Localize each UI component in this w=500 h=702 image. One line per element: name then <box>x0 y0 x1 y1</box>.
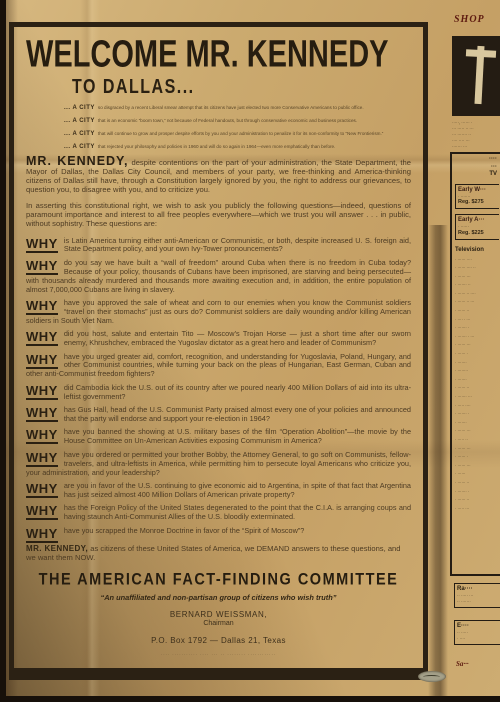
city-statements: ... A CITYso disgraced by a recent Liber… <box>64 102 411 151</box>
listing-line: · ······· · ··· <box>455 333 499 342</box>
city-statement: ... A CITYthat will continue to grow and… <box>64 128 411 138</box>
question-item: WHYhave you banned the showing at U.S. m… <box>26 428 411 446</box>
listing-line: · ······· ··· <box>455 393 499 402</box>
product-price: Reg. $225 <box>458 230 498 237</box>
television-heading: Television <box>455 246 499 254</box>
listing-line: · ······ ·· ···· <box>455 290 499 299</box>
committee-name: THE AMERICAN FACT-FINDING COMMITTEE <box>26 572 411 592</box>
listing-line: · ······· <box>455 419 499 428</box>
question-item: WHYdid Cambodia kick the U.S. out of its… <box>26 384 411 402</box>
city-text: so disgraced by a recent Liberal smear a… <box>98 105 364 110</box>
listing-line: · ····· ·· <box>455 436 499 445</box>
city-label: ... A CITY <box>64 144 95 150</box>
listing-line: · ······· <box>455 376 499 385</box>
television-listing: · ······ ····· ······ ···· ··· ······ ··… <box>455 256 499 514</box>
question-text: has Gus Hall, head of the U.S. Communist… <box>64 405 411 423</box>
question-text: have you scrapped the Monroe Doctrine in… <box>64 526 305 535</box>
city-label: ... A CITY <box>64 105 95 111</box>
fine-print-line: ···· ··········· ···· ··· ·· ········ ··… <box>26 652 411 657</box>
city-text: that is an economic “boom town,” not bec… <box>98 118 357 123</box>
listing-line: · ···· · ··· <box>455 316 499 325</box>
listing-line: · ······ ···· <box>455 256 499 265</box>
product-name: Early W··· <box>458 187 498 194</box>
city-text: that will continue to grow and prosper d… <box>98 131 383 136</box>
bottom-box-line: · ···· <box>457 636 500 642</box>
listing-line: · ······ <box>455 470 499 479</box>
cross-icon-arm <box>466 49 496 58</box>
committee-tagline: “An unaffiliated and non-partisan group … <box>26 593 411 602</box>
shop-label: SHOP <box>454 14 500 25</box>
listing-line: · ····· ···· <box>455 402 499 411</box>
listing-line: · ······· · <box>455 410 499 419</box>
tv-product-1: Early W··· · ······· Reg. $275 <box>455 184 499 210</box>
listing-line: · ······ ··· <box>455 273 499 282</box>
why-label: WHY <box>26 237 58 253</box>
listing-line: · ······ ·· <box>455 307 499 316</box>
listing-line: · ······ ·· ··· <box>455 298 499 307</box>
question-text: has the Foreign Policy of the United Sta… <box>64 503 411 521</box>
question-text: have you ordered or permitted your broth… <box>26 450 411 477</box>
committee-address: P.O. Box 1792 — Dallas 21, Texas <box>26 636 411 645</box>
kennedy-advertisement: WELCOME MR. KENNEDY TO DALLAS... ... A C… <box>9 22 428 680</box>
listing-line: · ······· · <box>455 488 499 497</box>
question-text: did you host, salute and entertain Tito … <box>64 329 411 347</box>
question-item: WHYare you in favor of the U.S. continui… <box>26 482 411 500</box>
why-label: WHY <box>26 451 58 467</box>
bottom-box-heading: E···· <box>457 623 500 630</box>
product-name: Early A··· <box>458 217 498 224</box>
intro-salutation: MR. KENNEDY, <box>26 154 128 168</box>
listing-line: · ······ ···· ·· <box>455 264 499 273</box>
demand-paragraph: MR. KENNEDY, as citizens of these United… <box>26 544 411 563</box>
stamp-mark <box>423 675 440 679</box>
question-text: have you banned the showing at U.S. mili… <box>64 427 411 445</box>
question-item: WHYhave you approved the sale of wheat a… <box>26 299 411 326</box>
chairman-title: Chairman <box>26 620 411 627</box>
question-item: WHYhave you ordered or permitted your br… <box>26 451 411 478</box>
question-item: WHYis Latin America turning either anti-… <box>26 237 411 255</box>
question-text: are you in favor of the U.S. continuing … <box>64 481 411 499</box>
tv-sale-header-line: ··· <box>455 164 497 172</box>
listing-line: · ······ · <box>455 453 499 462</box>
listing-line: · ······ ·· <box>455 496 499 505</box>
why-label: WHY <box>26 353 58 369</box>
column-text-line: ······· ··· <box>452 144 500 150</box>
listing-line: · ······· <box>455 359 499 368</box>
bottom-box-heading: Ra···· <box>457 586 500 593</box>
bottom-box-line: ·· ······· <box>457 599 500 605</box>
tv-product-2: Early A··· · ······ Reg. $225 <box>455 214 499 240</box>
why-label: WHY <box>26 330 58 346</box>
why-label: WHY <box>26 406 58 422</box>
listing-line: · ······ ·· <box>455 479 499 488</box>
why-label: WHY <box>26 384 58 400</box>
city-statement: ... A CITYthat rejected your philosophy … <box>64 141 411 151</box>
side-footer-label: Sa··· <box>456 660 469 668</box>
why-label: WHY <box>26 299 58 315</box>
why-label: WHY <box>26 482 58 498</box>
question-text: do you say we have built a “wall of free… <box>26 258 411 294</box>
product-price: Reg. $275 <box>458 199 498 206</box>
city-label: ... A CITY <box>64 131 95 137</box>
side-bottom-box-2: E···· ·· ······ ···· <box>454 620 500 645</box>
question-item: WHYdid you host, salute and entertain Ti… <box>26 330 411 348</box>
city-label: ... A CITY <box>64 118 95 124</box>
ad-subhead: TO DALLAS... <box>72 78 411 106</box>
chairman-name: BERNARD WEISSMAN, <box>26 610 411 619</box>
why-label: WHY <box>26 428 58 444</box>
listing-line: · ······ ··· <box>455 445 499 454</box>
why-label: WHY <box>26 527 58 543</box>
listing-line: · ······· · <box>455 324 499 333</box>
listing-line: · ······ ··· <box>455 462 499 471</box>
column-paragraph: ·····, ······ ···· ····· ·· ······ ·····… <box>452 120 500 150</box>
question-item: WHYhave you scrapped the Monroe Doctrine… <box>26 527 411 536</box>
why-label: WHY <box>26 259 58 275</box>
tv-sale-box: ·······TV Early W··· · ······· Reg. $275… <box>450 152 500 576</box>
adjacent-column: SHOP ·····, ······ ···· ····· ·· ······ … <box>446 0 500 702</box>
tv-sale-header-line: ···· <box>455 156 497 164</box>
committee-block: THE AMERICAN FACT-FINDING COMMITTEE “An … <box>26 572 411 657</box>
question-item: WHYhas the Foreign Policy of the United … <box>26 504 411 522</box>
intro-paragraph-2: In asserting this constitutional right, … <box>26 201 411 229</box>
question-text: is Latin America turning either anti-Ame… <box>64 236 411 254</box>
listing-line: · ········ <box>455 367 499 376</box>
side-bottom-box-1: Ra···· ·· ····· ····· ······· <box>454 583 500 608</box>
question-item: WHYdo you say we have built a “wall of f… <box>26 259 411 295</box>
listing-line: · ······· ·· <box>455 281 499 290</box>
intro-paragraph: MR. KENNEDY, despite contentions on the … <box>26 157 411 195</box>
listing-line: · ····· ··· <box>455 505 499 514</box>
collector-stamp <box>418 671 446 682</box>
listing-line: · ······ · <box>455 350 499 359</box>
tv-sale-header-line: TV <box>455 171 497 179</box>
question-item: WHYhas Gus Hall, head of the U.S. Commun… <box>26 406 411 424</box>
city-statement: ... A CITYthat is an economic “boom town… <box>64 115 411 125</box>
demand-salutation: MR. KENNEDY, <box>26 544 88 553</box>
church-ad-box <box>452 36 500 116</box>
listing-line: · ······ ·· <box>455 384 499 393</box>
listing-line: · ······ ··· <box>455 427 499 436</box>
question-text: have you urged greater aid, comfort, rec… <box>26 352 411 379</box>
question-item: WHYhave you urged greater aid, comfort, … <box>26 353 411 380</box>
question-text: did Cambodia kick the U.S. out of its co… <box>64 383 411 401</box>
question-text: have you approved the sale of wheat and … <box>26 298 411 325</box>
listing-line: · ······ ··· <box>455 341 499 350</box>
city-text: that rejected your philosophy and polici… <box>98 144 336 149</box>
tv-sale-header: ·······TV <box>455 156 499 179</box>
why-questions: WHYis Latin America turning either anti-… <box>26 237 411 536</box>
why-label: WHY <box>26 504 58 520</box>
